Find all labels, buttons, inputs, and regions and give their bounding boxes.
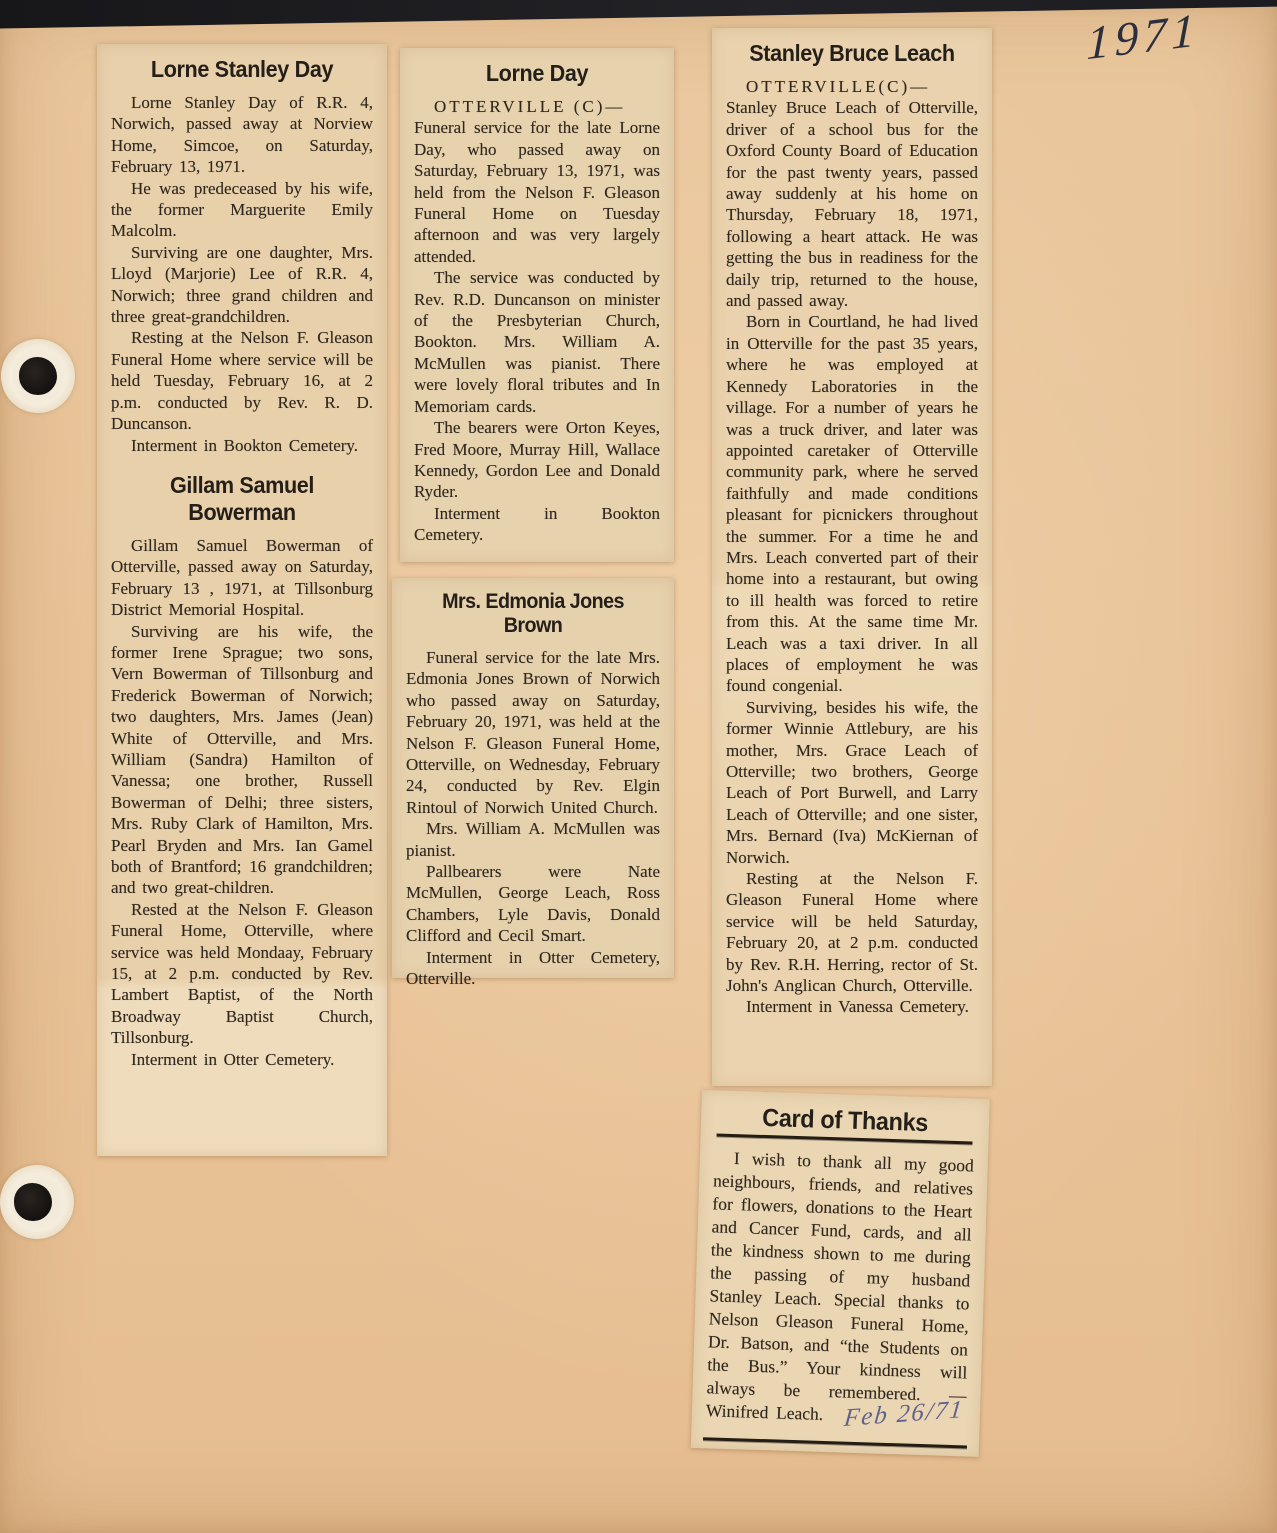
dateline-otterville: OTTERVILLE (C)— — [414, 96, 660, 117]
obituary-paragraph: Surviving are his wife, the former Irene… — [111, 621, 373, 899]
obituary-paragraph: The bearers were Orton Keyes, Fred Moore… — [414, 417, 660, 503]
obituary-paragraph: Interment in Vanessa Cemetery. — [726, 996, 978, 1017]
obituary-clipping-lorne-day: Lorne Day OTTERVILLE (C)— Funeral servic… — [400, 48, 674, 562]
obituary-paragraph: Pallbearers were Nate McMullen, George L… — [406, 861, 660, 947]
obituary-paragraph: Born in Courtland, he had lived in Otter… — [726, 311, 978, 696]
obituary-paragraph: Surviving, besides his wife, the former … — [726, 697, 978, 868]
obituary-paragraph: Lorne Stanley Day of R.R. 4, Norwich, pa… — [111, 92, 373, 178]
obituary-paragraph: Surviving are one daughter, Mrs. Lloyd (… — [111, 242, 373, 328]
obituary-clipping-stanley-leach: Stanley Bruce Leach OTTERVILLE(C)— Stanl… — [712, 28, 992, 1086]
obituary-title-stanley-bruce-leach: Stanley Bruce Leach — [734, 40, 971, 67]
obituary-paragraph: He was predeceased by his wife, the form… — [111, 178, 373, 242]
obituary-title-lorne-day: Lorne Day — [421, 60, 652, 87]
obituary-paragraph: Interment in Bookton Cemetery. — [414, 503, 660, 546]
obituary-clipping-edmonia-brown: Mrs. Edmonia Jones Brown Funeral service… — [392, 578, 674, 978]
obituary-paragraph: Interment in Otter Cemetery, Otterville. — [406, 947, 660, 990]
obituary-clipping-day-bowerman: Lorne Stanley Day Lorne Stanley Day of R… — [97, 44, 387, 1156]
obituary-paragraph: Resting at the Nelson F. Gleason Funeral… — [111, 327, 373, 434]
obituary-title-edmonia-jones-brown: Mrs. Edmonia Jones Brown — [414, 590, 653, 638]
obituary-paragraph: Mrs. William A. McMullen was pianist. — [406, 818, 660, 861]
bottom-rule — [703, 1437, 967, 1448]
binder-hole-bottom — [0, 1165, 74, 1239]
obituary-paragraph: Interment in Otter Cemetery. — [111, 1049, 373, 1070]
binder-hole-top — [1, 339, 75, 413]
obituary-paragraph: The service was conducted by Rev. R.D. D… — [414, 267, 660, 417]
obituary-paragraph: Funeral service for the late Lorne Day, … — [414, 117, 660, 267]
obituary-paragraph: Funeral service for the late Mrs. Edmoni… — [406, 647, 660, 818]
obituary-paragraph: Resting at the Nelson F. Gleason Funeral… — [726, 868, 978, 996]
hole-punch — [14, 1183, 52, 1221]
dateline-otterville: OTTERVILLE(C)— — [726, 76, 978, 97]
card-of-thanks-paragraph: I wish to thank all my good neighbours, … — [706, 1146, 975, 1430]
handwritten-year: 1971 — [1086, 0, 1236, 71]
obituary-title-lorne-stanley-day: Lorne Stanley Day — [119, 56, 365, 83]
card-of-thanks-clipping: Card of Thanks I wish to thank all my go… — [691, 1090, 990, 1457]
clipping-section-gap — [111, 456, 373, 470]
obituary-paragraph: Stanley Bruce Leach of Otterville, drive… — [726, 97, 978, 311]
photo-background-edge — [0, 0, 1277, 30]
obituary-paragraph: Rested at the Nelson F. Gleason Funeral … — [111, 899, 373, 1049]
obituary-title-gillam-samuel-bowerman: Gillam Samuel Bowerman — [119, 472, 365, 526]
hole-punch — [19, 357, 57, 395]
scrapbook-photo: { "annotations": { "year": "1971", "card… — [0, 0, 1277, 1533]
obituary-paragraph: Gillam Samuel Bowerman of Otterville, pa… — [111, 535, 373, 621]
obituary-paragraph: Interment in Bookton Cemetery. — [111, 435, 373, 456]
